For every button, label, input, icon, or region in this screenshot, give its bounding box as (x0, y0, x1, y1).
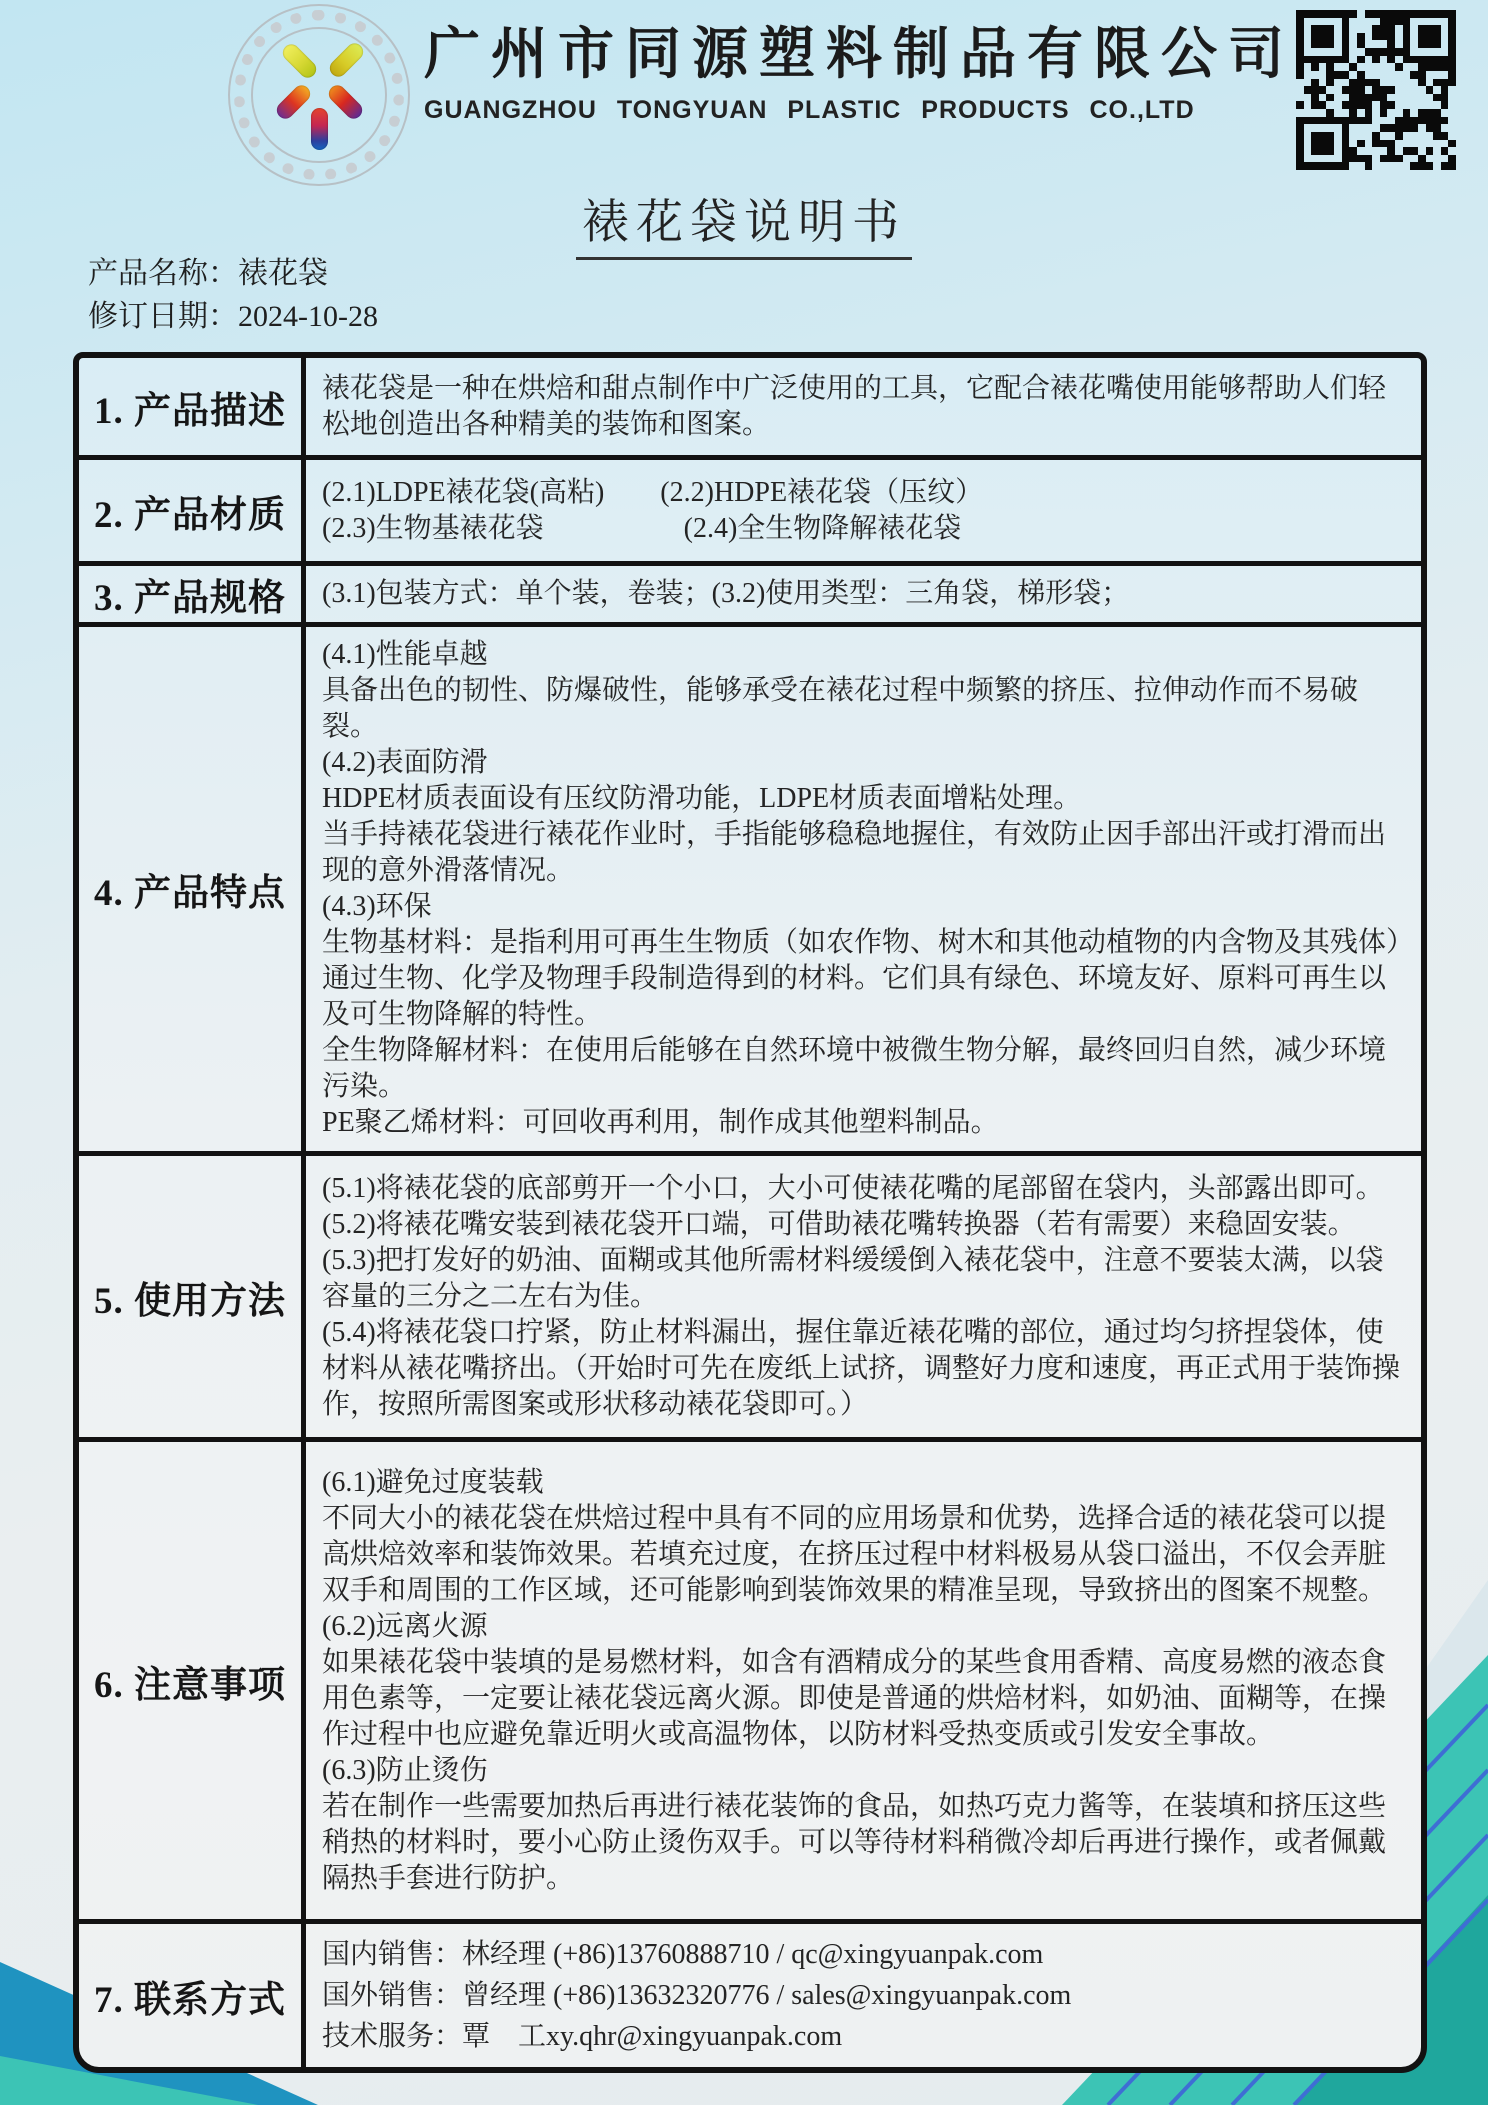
qr-module (1334, 86, 1342, 94)
qr-module (1441, 48, 1449, 56)
qr-module (1365, 147, 1373, 155)
qr-module (1334, 10, 1342, 18)
qr-module (1296, 101, 1304, 109)
qr-module (1342, 140, 1350, 148)
qr-module (1326, 117, 1334, 125)
qr-module (1387, 56, 1395, 64)
qr-module (1349, 71, 1357, 79)
qr-module (1448, 48, 1456, 56)
qr-module (1311, 48, 1319, 56)
qr-module (1365, 56, 1373, 64)
qr-module (1349, 109, 1357, 117)
qr-module (1387, 33, 1395, 41)
qr-module (1380, 56, 1388, 64)
qr-module (1357, 140, 1365, 148)
qr-module (1304, 25, 1312, 33)
qr-module (1448, 109, 1456, 117)
qr-module (1448, 117, 1456, 125)
qr-module (1395, 25, 1403, 33)
qr-module (1365, 94, 1373, 102)
qr-module (1441, 86, 1449, 94)
qr-module (1334, 63, 1342, 71)
qr-module (1334, 79, 1342, 87)
qr-module (1380, 18, 1388, 26)
qr-module (1342, 18, 1350, 26)
qr-module (1380, 132, 1388, 140)
qr-module (1372, 86, 1380, 94)
qr-module (1380, 155, 1388, 163)
qr-module (1342, 86, 1350, 94)
qr-module (1342, 71, 1350, 79)
document-title-text: 裱花袋说明书 (576, 197, 912, 260)
qr-module (1387, 79, 1395, 87)
qr-module (1380, 124, 1388, 132)
qr-module (1372, 56, 1380, 64)
qr-module (1426, 10, 1434, 18)
qr-module (1296, 18, 1304, 26)
qr-module (1426, 18, 1434, 26)
qr-module (1441, 147, 1449, 155)
document-title: 裱花袋说明书 (0, 185, 1488, 252)
qr-module (1357, 94, 1365, 102)
qr-module (1418, 124, 1426, 132)
row-label: 1. 产品描述 (79, 358, 306, 455)
qr-module (1365, 132, 1373, 140)
row-label: 6. 注意事项 (79, 1442, 306, 1919)
qr-module (1380, 48, 1388, 56)
qr-module (1395, 40, 1403, 48)
qr-module (1334, 124, 1342, 132)
qr-module (1357, 18, 1365, 26)
qr-module (1342, 132, 1350, 140)
qr-module (1410, 25, 1418, 33)
qr-module (1372, 48, 1380, 56)
qr-module (1418, 25, 1426, 33)
qr-module (1418, 48, 1426, 56)
qr-module (1311, 56, 1319, 64)
qr-module (1334, 33, 1342, 41)
qr-module (1426, 71, 1434, 79)
qr-module (1387, 109, 1395, 117)
qr-module (1319, 18, 1327, 26)
qr-module (1334, 117, 1342, 125)
qr-module (1296, 124, 1304, 132)
qr-module (1426, 25, 1434, 33)
qr-module (1441, 155, 1449, 163)
qr-module (1342, 63, 1350, 71)
qr-module (1326, 140, 1334, 148)
qr-module (1395, 94, 1403, 102)
qr-module (1395, 63, 1403, 71)
qr-module (1433, 63, 1441, 71)
company-logo (228, 4, 410, 186)
qr-module (1365, 48, 1373, 56)
qr-module (1441, 132, 1449, 140)
qr-module (1448, 132, 1456, 140)
qr-module (1342, 33, 1350, 41)
qr-module (1319, 25, 1327, 33)
qr-module (1357, 56, 1365, 64)
qr-module (1441, 33, 1449, 41)
qr-module (1326, 147, 1334, 155)
qr-module (1395, 124, 1403, 132)
qr-module (1448, 18, 1456, 26)
qr-module (1349, 25, 1357, 33)
qr-module (1349, 117, 1357, 125)
qr-module (1403, 86, 1411, 94)
qr-module (1319, 94, 1327, 102)
qr-module (1418, 117, 1426, 125)
qr-module (1326, 71, 1334, 79)
qr-module (1296, 71, 1304, 79)
qr-module (1426, 63, 1434, 71)
qr-module (1448, 101, 1456, 109)
qr-module (1441, 25, 1449, 33)
qr-module (1334, 162, 1342, 170)
qr-module (1426, 147, 1434, 155)
qr-module (1311, 40, 1319, 48)
logo-ornamental-ring (228, 4, 410, 186)
qr-module (1365, 33, 1373, 41)
qr-module (1319, 155, 1327, 163)
qr-module (1448, 124, 1456, 132)
qr-module (1387, 155, 1395, 163)
qr-module (1334, 94, 1342, 102)
qr-module (1349, 56, 1357, 64)
qr-module (1326, 40, 1334, 48)
qr-module (1326, 79, 1334, 87)
qr-module (1441, 101, 1449, 109)
qr-module (1380, 25, 1388, 33)
qr-module (1441, 117, 1449, 125)
qr-module (1349, 40, 1357, 48)
qr-module (1319, 79, 1327, 87)
row-label: 3. 产品规格 (79, 566, 306, 622)
qr-code (1296, 10, 1456, 170)
qr-module (1403, 25, 1411, 33)
qr-module (1365, 40, 1373, 48)
qr-module (1311, 10, 1319, 18)
qr-module (1433, 71, 1441, 79)
qr-module (1410, 124, 1418, 132)
qr-module (1387, 18, 1395, 26)
qr-module (1403, 18, 1411, 26)
qr-module (1410, 132, 1418, 140)
qr-module (1380, 71, 1388, 79)
qr-module (1433, 140, 1441, 148)
qr-module (1403, 147, 1411, 155)
qr-module (1387, 132, 1395, 140)
qr-module (1349, 132, 1357, 140)
qr-module (1296, 94, 1304, 102)
qr-module (1418, 63, 1426, 71)
qr-module (1349, 48, 1357, 56)
qr-module (1304, 48, 1312, 56)
qr-module (1448, 56, 1456, 64)
qr-module (1349, 63, 1357, 71)
qr-module (1395, 86, 1403, 94)
qr-module (1403, 71, 1411, 79)
qr-module (1357, 155, 1365, 163)
qr-module (1311, 25, 1319, 33)
qr-module (1372, 63, 1380, 71)
qr-module (1410, 79, 1418, 87)
qr-module (1357, 117, 1365, 125)
qr-module (1326, 94, 1334, 102)
qr-module (1410, 86, 1418, 94)
revision-date-line: 修订日期：2024-10-28 (88, 295, 378, 338)
qr-module (1418, 162, 1426, 170)
qr-module (1304, 109, 1312, 117)
qr-module (1342, 162, 1350, 170)
qr-module (1365, 117, 1373, 125)
qr-module (1448, 25, 1456, 33)
qr-module (1326, 48, 1334, 56)
qr-module (1433, 117, 1441, 125)
qr-module (1410, 10, 1418, 18)
qr-module (1387, 71, 1395, 79)
qr-module (1380, 117, 1388, 125)
qr-module (1426, 33, 1434, 41)
qr-module (1296, 162, 1304, 170)
qr-module (1441, 71, 1449, 79)
table-row-product-features: 4. 产品特点 (4.1)性能卓越 具备出色的韧性、防爆破性，能够承受在裱花过程… (79, 622, 1421, 1151)
qr-module (1334, 132, 1342, 140)
row-content: (4.1)性能卓越 具备出色的韧性、防爆破性，能够承受在裱花过程中频繁的挤压、拉… (306, 627, 1421, 1151)
qr-module (1296, 40, 1304, 48)
qr-module (1441, 40, 1449, 48)
qr-module (1296, 63, 1304, 71)
qr-module (1418, 18, 1426, 26)
qr-module (1441, 10, 1449, 18)
qr-module (1365, 18, 1373, 26)
qr-module (1357, 40, 1365, 48)
qr-module (1311, 71, 1319, 79)
row-label: 2. 产品材质 (79, 460, 306, 561)
qr-module (1296, 10, 1304, 18)
qr-module (1426, 86, 1434, 94)
qr-module (1334, 40, 1342, 48)
qr-module (1326, 25, 1334, 33)
qr-module (1334, 147, 1342, 155)
qr-module (1334, 48, 1342, 56)
qr-module (1418, 10, 1426, 18)
row-content: (2.1)LDPE裱花袋(高粘) (2.2)HDPE裱花袋（压纹） (2.3)生… (306, 460, 1421, 561)
qr-module (1357, 147, 1365, 155)
qr-module (1365, 124, 1373, 132)
qr-module (1441, 79, 1449, 87)
qr-module (1426, 162, 1434, 170)
qr-module (1365, 140, 1373, 148)
qr-module (1319, 132, 1327, 140)
qr-module (1304, 101, 1312, 109)
qr-module (1349, 147, 1357, 155)
qr-module (1433, 40, 1441, 48)
qr-module (1326, 18, 1334, 26)
qr-module (1433, 94, 1441, 102)
qr-module (1372, 155, 1380, 163)
qr-module (1372, 40, 1380, 48)
qr-module (1441, 63, 1449, 71)
company-name-en: GUANGZHOU TONGYUAN PLASTIC PRODUCTS CO.,… (424, 96, 1304, 125)
qr-module (1426, 56, 1434, 64)
qr-module (1387, 86, 1395, 94)
qr-module (1349, 86, 1357, 94)
row-content: 裱花袋是一种在烘焙和甜点制作中广泛使用的工具，它配合裱花嘴使用能够帮助人们轻松地… (306, 358, 1421, 455)
qr-module (1365, 162, 1373, 170)
qr-module (1319, 140, 1327, 148)
qr-module (1319, 71, 1327, 79)
qr-module (1372, 101, 1380, 109)
qr-module (1311, 162, 1319, 170)
qr-module (1441, 18, 1449, 26)
qr-module (1418, 140, 1426, 148)
qr-module (1326, 109, 1334, 117)
qr-module (1448, 79, 1456, 87)
qr-module (1342, 56, 1350, 64)
qr-module (1319, 63, 1327, 71)
qr-module (1304, 162, 1312, 170)
qr-module (1418, 155, 1426, 163)
qr-module (1326, 155, 1334, 163)
qr-module (1448, 140, 1456, 148)
qr-module (1433, 25, 1441, 33)
qr-module (1334, 101, 1342, 109)
qr-module (1387, 25, 1395, 33)
qr-module (1410, 56, 1418, 64)
qr-module (1357, 86, 1365, 94)
qr-module (1403, 94, 1411, 102)
qr-module (1448, 147, 1456, 155)
qr-module (1403, 162, 1411, 170)
qr-module (1380, 40, 1388, 48)
qr-module (1418, 33, 1426, 41)
qr-module (1433, 155, 1441, 163)
qr-module (1380, 79, 1388, 87)
row-label: 7. 联系方式 (79, 1924, 306, 2067)
document-meta: 产品名称：裱花袋 修订日期：2024-10-28 (88, 252, 378, 338)
qr-module (1349, 79, 1357, 87)
qr-module (1326, 63, 1334, 71)
qr-module (1304, 140, 1312, 148)
qr-module (1365, 86, 1373, 94)
qr-module (1418, 56, 1426, 64)
qr-module (1357, 71, 1365, 79)
qr-module (1334, 109, 1342, 117)
row-content: 国内销售：林经理 (+86)13760888710 / qc@xingyuanp… (306, 1924, 1421, 2067)
qr-module (1410, 94, 1418, 102)
qr-module (1304, 71, 1312, 79)
table-row-contact: 7. 联系方式 国内销售：林经理 (+86)13760888710 / qc@x… (79, 1919, 1421, 2067)
qr-module (1380, 33, 1388, 41)
qr-module (1304, 79, 1312, 87)
qr-module (1372, 94, 1380, 102)
qr-module (1342, 10, 1350, 18)
qr-module (1403, 33, 1411, 41)
qr-module (1433, 86, 1441, 94)
qr-module (1296, 117, 1304, 125)
qr-module (1448, 71, 1456, 79)
qr-module (1380, 109, 1388, 117)
qr-module (1319, 101, 1327, 109)
qr-module (1380, 10, 1388, 18)
qr-module (1380, 63, 1388, 71)
qr-module (1326, 56, 1334, 64)
qr-module (1403, 48, 1411, 56)
qr-module (1403, 109, 1411, 117)
qr-module (1441, 94, 1449, 102)
qr-module (1311, 132, 1319, 140)
qr-module (1372, 132, 1380, 140)
qr-module (1311, 140, 1319, 148)
qr-module (1342, 25, 1350, 33)
qr-module (1403, 132, 1411, 140)
qr-module (1410, 117, 1418, 125)
qr-module (1410, 48, 1418, 56)
qr-module (1395, 71, 1403, 79)
qr-module (1326, 33, 1334, 41)
qr-module (1342, 155, 1350, 163)
qr-module (1357, 33, 1365, 41)
qr-module (1380, 147, 1388, 155)
qr-module (1296, 140, 1304, 148)
qr-module (1403, 101, 1411, 109)
qr-module (1372, 18, 1380, 26)
qr-module (1311, 63, 1319, 71)
qr-module (1296, 79, 1304, 87)
qr-module (1418, 94, 1426, 102)
qr-module (1342, 147, 1350, 155)
qr-module (1349, 18, 1357, 26)
qr-module (1426, 155, 1434, 163)
qr-module (1326, 124, 1334, 132)
qr-module (1342, 48, 1350, 56)
qr-module (1403, 40, 1411, 48)
qr-module (1433, 18, 1441, 26)
qr-module (1365, 155, 1373, 163)
qr-module (1334, 140, 1342, 148)
qr-module (1372, 33, 1380, 41)
qr-module (1395, 147, 1403, 155)
qr-module (1433, 79, 1441, 87)
qr-module (1349, 140, 1357, 148)
qr-module (1296, 48, 1304, 56)
qr-module (1433, 33, 1441, 41)
qr-module (1319, 56, 1327, 64)
row-label: 4. 产品特点 (79, 627, 306, 1151)
qr-module (1410, 140, 1418, 148)
qr-module (1426, 94, 1434, 102)
qr-module (1387, 101, 1395, 109)
qr-module (1372, 162, 1380, 170)
qr-module (1304, 63, 1312, 71)
qr-module (1395, 18, 1403, 26)
qr-module (1296, 147, 1304, 155)
qr-module (1326, 162, 1334, 170)
qr-module (1410, 18, 1418, 26)
qr-module (1387, 124, 1395, 132)
qr-module (1357, 79, 1365, 87)
qr-module (1342, 101, 1350, 109)
qr-module (1365, 25, 1373, 33)
qr-module (1387, 40, 1395, 48)
qr-module (1334, 25, 1342, 33)
qr-module (1319, 117, 1327, 125)
qr-module (1342, 124, 1350, 132)
qr-module (1372, 79, 1380, 87)
qr-module (1418, 71, 1426, 79)
qr-module (1319, 48, 1327, 56)
